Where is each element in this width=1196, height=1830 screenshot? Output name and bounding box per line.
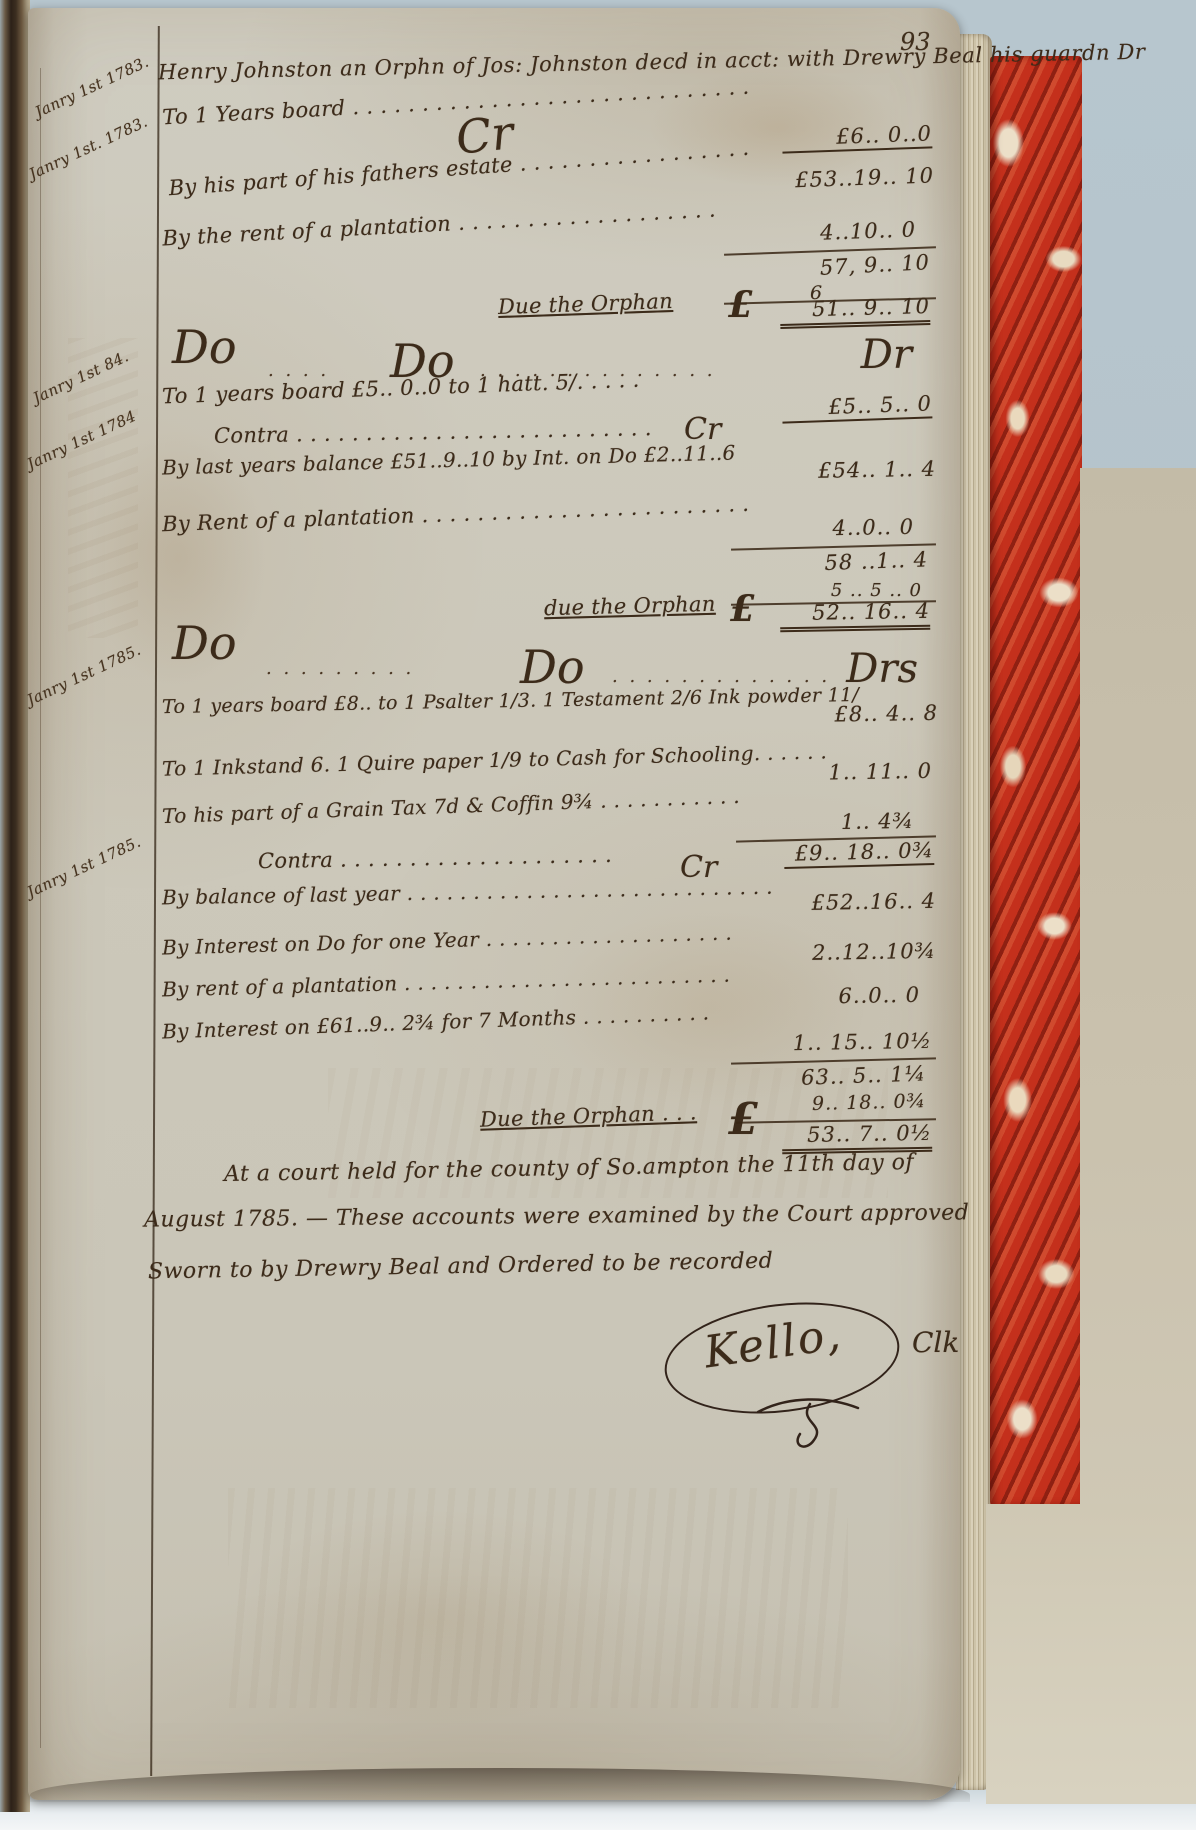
leader-dots: . . . . . . . . . . . . .	[612, 666, 830, 687]
entry-amount: £52..16.. 4	[786, 889, 936, 916]
entry-amount: 1.. 11.. 0	[782, 759, 932, 786]
debit-total: £9.. 18.. 0¾	[784, 838, 935, 869]
due-label: Due the Orphan	[498, 289, 674, 319]
ink-showthrough	[228, 1488, 848, 1708]
carry-amount: 5 .. 5 .. 0	[831, 580, 922, 601]
entry-amount: £54.. 1.. 4	[786, 457, 936, 484]
manuscript-photo: 93 Henry Johnston an Orphn of Jos: Johns…	[0, 0, 1196, 1830]
contra-label: Contra . . . . . . . . . . . . . . . . .…	[258, 843, 612, 873]
court-record-line: August 1785. — These accounts were exami…	[144, 1200, 970, 1232]
entry-date: Janry 1st 84.	[30, 347, 131, 407]
subtotal-amount: 63.. 5.. 1¼	[776, 1061, 927, 1090]
entry-amount: £6.. 0..0	[782, 121, 933, 153]
margin-rule-line	[150, 26, 160, 1776]
entry-desc: To 1 Inkstand 6. 1 Quire paper 1/9 to Ca…	[162, 739, 828, 780]
signature-flourish	[748, 1394, 868, 1464]
entry-amount: 6..0.. 0	[770, 983, 920, 1010]
ditto-mark: Do	[172, 616, 237, 670]
entry-amount: £5.. 5.. 0	[782, 391, 933, 423]
entry-amount: 2..12..10¾	[786, 939, 936, 966]
brace-mark: £	[730, 588, 755, 630]
gutter-crease	[40, 68, 41, 1748]
entry-date: Janry 1st 1785.	[24, 833, 144, 902]
entry-desc: By balance of last year . . . . . . . . …	[162, 875, 773, 910]
entry-desc: By rent of a plantation . . . . . . . . …	[162, 963, 731, 1002]
entry-amount: £8.. 4.. 8	[788, 701, 938, 728]
entry-amount: 4..0.. 0	[764, 515, 914, 542]
entry-desc: To 1 years board £8.. to 1 Psalter 1/3. …	[162, 684, 859, 718]
entry-date: Janry 1st 1785.	[24, 641, 144, 710]
ditto-mark: Do	[172, 320, 237, 374]
red-marbled-cover	[990, 56, 1082, 1506]
entry-desc: By Rent of a plantation . . . . . . . . …	[162, 492, 750, 536]
ledger-page: 93 Henry Johnston an Orphn of Jos: Johns…	[28, 8, 960, 1800]
leader-dots: . . . . . . . . .	[266, 658, 414, 679]
ditto-mark: Do	[520, 640, 585, 694]
entry-amount: £53..19.. 10	[784, 163, 935, 192]
book-spine	[0, 0, 30, 1812]
brace-mark: £	[728, 1094, 759, 1145]
entry-desc: By Interest on £61..9.. 2¾ for 7 Months …	[162, 1000, 710, 1043]
entry-desc: By Interest on Do for one Year . . . . .…	[162, 921, 732, 960]
carry-amount: 9.. 18.. 0¾	[776, 1090, 927, 1116]
court-record-line: Sworn to by Drewry Beal and Ordered to b…	[148, 1249, 774, 1285]
cloth-backdrop-bottom	[986, 1504, 1196, 1804]
court-record-line: At a court held for the county of So.amp…	[224, 1150, 914, 1187]
stain	[228, 1508, 648, 1728]
entry-date: Janry 1st 1784	[24, 407, 139, 473]
clerk-abbreviation: Clk	[912, 1326, 959, 1359]
debit-mark: Dr	[861, 332, 912, 378]
subtotal-amount: 58 ..1.. 4	[778, 547, 929, 576]
subtotal-amount: 57, 9.. 10	[779, 250, 930, 282]
brace-mark: £	[728, 284, 753, 326]
entry-amount: 1.. 15.. 10½	[782, 1029, 932, 1056]
due-amount: 51.. 9.. 10	[780, 294, 931, 329]
due-amount: 52.. 16.. 4	[780, 599, 931, 633]
entry-date: Janry 1st 1783.	[32, 53, 152, 122]
entry-desc: By the rent of a plantation . . . . . . …	[162, 198, 717, 251]
entry-date: Janry 1st. 1783.	[26, 112, 150, 183]
due-label: Due the Orphan . . .	[480, 1100, 698, 1132]
entry-amount: 4..10.. 0	[766, 217, 917, 246]
due-label: due the Orphan	[544, 592, 716, 620]
entry-desc: To his part of a Grain Tax 7d & Coffin 9…	[162, 784, 740, 828]
contra-label: Contra . . . . . . . . . . . . . . . . .…	[214, 416, 652, 448]
entry-amount: 1.. 4¾	[764, 809, 914, 836]
